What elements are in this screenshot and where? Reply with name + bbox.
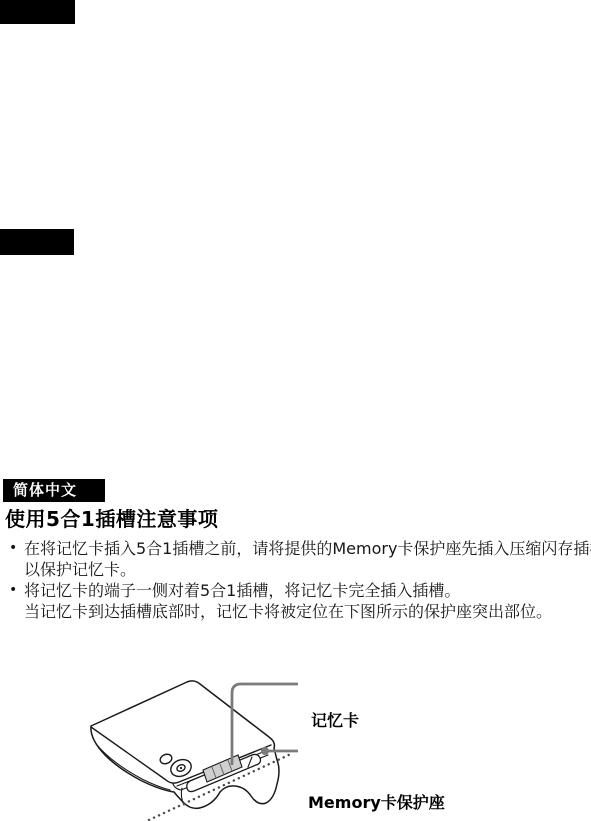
device-body (91, 681, 279, 808)
text-line: 当记忆卡到达插槽底部时，记忆卡将被定位在下图所示的保护座突出部位。 (24, 601, 552, 622)
protector-label: Memory卡保护座 (308, 790, 445, 813)
document-page: 简体中文 使用5合1插槽注意事项 • 在将记忆卡插入5合1插槽之前，请将提供的M… (0, 0, 591, 821)
text-line: 将记忆卡的端子一侧对着5合1插槽，将记忆卡完全插入插槽。 (24, 580, 552, 601)
list-item-text: 将记忆卡的端子一侧对着5合1插槽，将记忆卡完全插入插槽。 当记忆卡到达插槽底部时… (24, 580, 552, 622)
instruction-list: • 在将记忆卡插入5合1插槽之前，请将提供的Memory卡保护座先插入压缩闪存插… (9, 538, 587, 622)
bullet-icon: • (9, 580, 24, 601)
large-circle-dot (180, 767, 182, 769)
text-line: 在将记忆卡插入5合1插槽之前，请将提供的Memory卡保护座先插入压缩闪存插槽， (24, 538, 591, 559)
section-heading: 使用5合1插槽注意事项 (5, 503, 218, 532)
protector-callout-dot (261, 747, 269, 755)
language-badge: 简体中文 (3, 479, 105, 502)
redaction-block-top (0, 0, 75, 24)
list-item: • 在将记忆卡插入5合1插槽之前，请将提供的Memory卡保护座先插入压缩闪存插… (9, 538, 587, 580)
text-line: 以保护记忆卡。 (24, 559, 591, 580)
list-item: • 将记忆卡的端子一侧对着5合1插槽，将记忆卡完全插入插槽。 当记忆卡到达插槽底… (9, 580, 587, 622)
list-item-text: 在将记忆卡插入5合1插槽之前，请将提供的Memory卡保护座先插入压缩闪存插槽，… (24, 538, 591, 580)
card-reader-illustration (0, 650, 591, 821)
device-silhouette (91, 681, 279, 808)
bullet-icon: • (9, 538, 24, 559)
redaction-block-middle (0, 229, 74, 255)
memory-card-label: 记忆卡 (311, 708, 359, 731)
